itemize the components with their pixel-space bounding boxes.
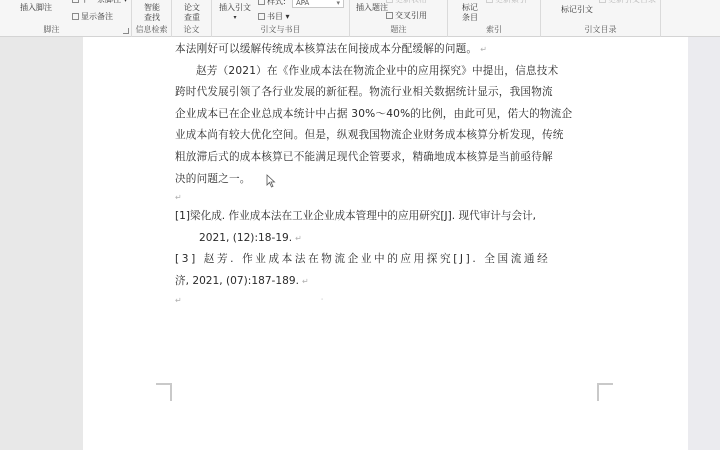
paragraph-mark: ↵ — [295, 234, 302, 243]
group-label-footnotes: 脚注 — [12, 24, 91, 35]
show-notes-icon — [72, 13, 79, 20]
style-label: 样式: — [258, 0, 286, 7]
ribbon: 插入脚注 下一条脚注 ▾ 显示备注 脚注 智能查找 信息检索 论文查重 论文 插… — [0, 0, 720, 37]
group-label-paper: 论文 — [172, 24, 211, 35]
reference-item: [3] 赵芳. 作业成本法在物流企业中的应用探究[J]. 全国流通经 济, 20… — [175, 249, 595, 292]
insert-citation-button[interactable]: 插入引文 ▾ — [219, 3, 251, 23]
footnote-dialog-launcher-icon[interactable] — [123, 28, 129, 34]
update-toa-button[interactable]: 更新引文目录 — [599, 0, 656, 5]
empty-paragraph-mark: ↵ — [175, 190, 595, 206]
update-index-button[interactable]: 更新索引 — [486, 0, 527, 5]
style-icon — [258, 0, 265, 5]
mouse-cursor-icon — [266, 174, 276, 188]
insert-citation-dropdown-icon: ▾ — [219, 13, 251, 23]
ribbon-group-footnotes: 插入脚注 下一条脚注 ▾ 显示备注 脚注 — [12, 0, 132, 37]
ribbon-group-captions: 插入题注 更新表格 交叉引用 题注 — [350, 0, 448, 37]
ribbon-group-index: 标记条目 更新索引 索引 — [448, 0, 541, 37]
group-label-captions: 题注 — [350, 24, 447, 35]
paper-check-button[interactable]: 论文查重 — [183, 3, 201, 23]
ribbon-group-toa: 标记引文 更新引文目录 引文目录 — [541, 0, 661, 37]
empty-paragraph-mark: ↵ — [175, 293, 595, 309]
paragraph-mark: ↵ — [302, 277, 309, 286]
update-table-icon — [386, 0, 393, 3]
mark-citation-button[interactable]: 标记引文 — [561, 5, 593, 15]
citation-style-select[interactable]: APA ▾ — [292, 0, 344, 8]
group-label-research: 信息检索 — [132, 24, 171, 35]
page-corner-mark-left — [156, 383, 172, 401]
bibliography-button[interactable]: 书目 ▾ — [258, 12, 290, 22]
group-label-citations: 引文与书目 — [212, 24, 349, 35]
stray-mark: ⸱ — [321, 294, 323, 305]
smart-lookup-button[interactable]: 智能查找 — [143, 3, 161, 23]
next-footnote-icon — [72, 0, 79, 3]
update-table-button[interactable]: 更新表格 — [386, 0, 427, 5]
paragraph: 赵芳（2021）在《作业成本法在物流企业中的应用探究》中提出，信息技术 跨时代发… — [175, 61, 595, 191]
paragraph-mark: ↵ — [480, 45, 487, 54]
cross-reference-button[interactable]: 交叉引用 — [386, 11, 427, 21]
cross-reference-icon — [386, 12, 393, 19]
ribbon-group-paper: 论文查重 论文 — [172, 0, 212, 37]
ribbon-group-research: 智能查找 信息检索 — [132, 0, 172, 37]
document-body[interactable]: 本法刚好可以缓解传统成本核算法在间接成本分配缓解的问题。↵ 赵芳（2021）在《… — [175, 39, 595, 309]
paragraph: 本法刚好可以缓解传统成本核算法在间接成本分配缓解的问题。↵ — [175, 39, 595, 61]
update-toa-icon — [599, 0, 606, 3]
reference-item: [1]梁化成. 作业成本法在工业企业成本管理中的应用研究[J]. 现代审计与会计… — [175, 206, 595, 249]
mark-entry-button[interactable]: 标记条目 — [461, 3, 479, 23]
insert-footnote-button[interactable]: 插入脚注 — [20, 3, 52, 13]
update-index-icon — [486, 0, 493, 3]
bibliography-icon — [258, 13, 265, 20]
group-label-index: 索引 — [448, 24, 540, 35]
right-gutter — [688, 37, 720, 450]
insert-caption-button[interactable]: 插入题注 — [356, 3, 388, 13]
next-footnote-button[interactable]: 下一条脚注 ▾ — [72, 0, 128, 5]
chevron-down-icon: ▾ — [336, 0, 340, 7]
show-notes-button[interactable]: 显示备注 — [72, 12, 113, 22]
page-corner-mark-right — [597, 383, 613, 401]
group-label-toa: 引文目录 — [541, 24, 660, 35]
ribbon-group-citations: 插入引文 ▾ 样式: APA ▾ 书目 ▾ 引文与书目 — [212, 0, 350, 37]
